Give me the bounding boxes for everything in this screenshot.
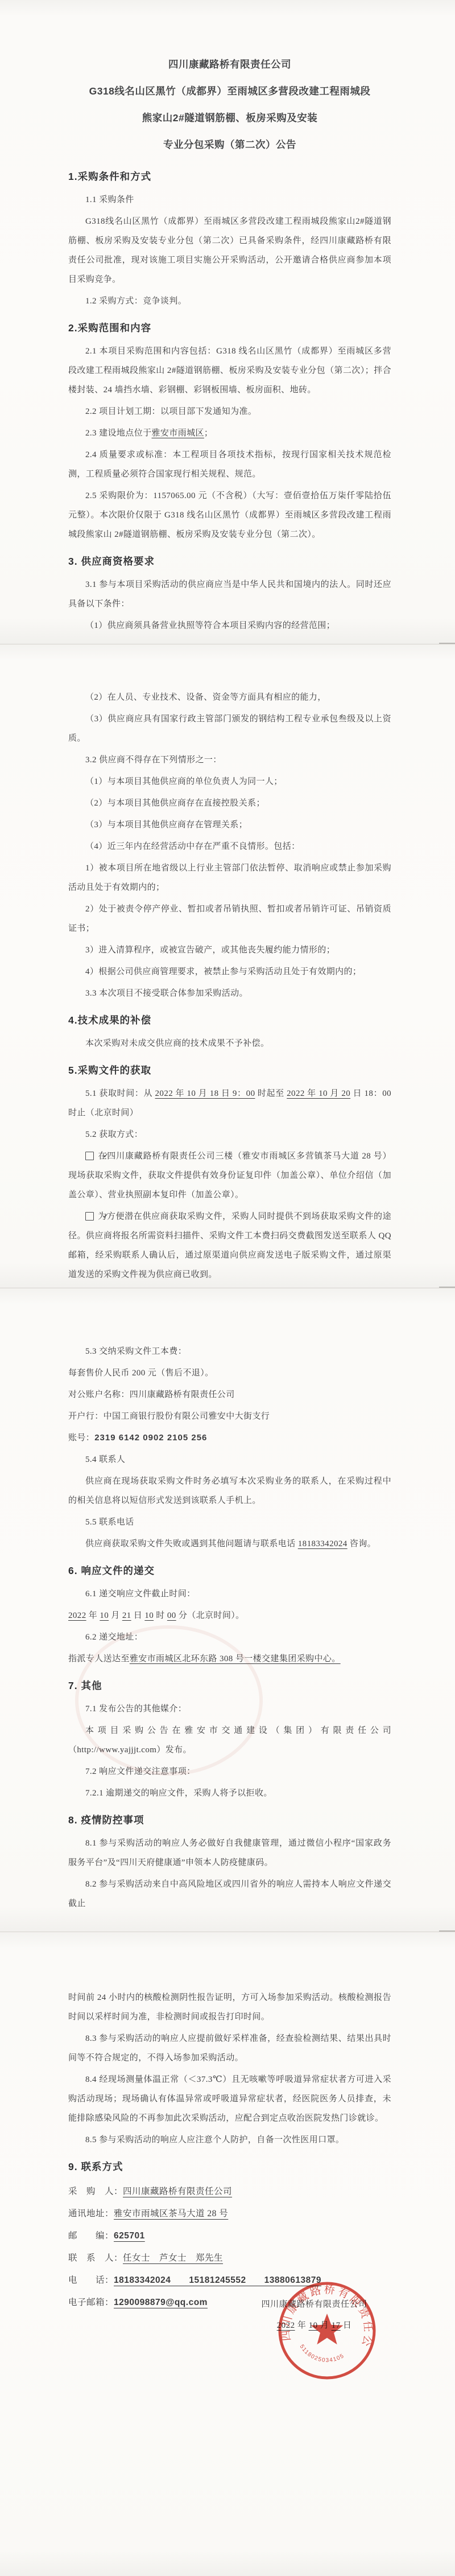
page-4-content: 时间前 24 小时内的核酸检测阴性报告证明，方可入场参加采购活动。核酸检测报告时… xyxy=(0,1932,455,2314)
para-5-4: 5.4 联系人 xyxy=(68,1450,391,1469)
page-3-content: 5.3 交纳采购文件工本费： 每套售价人民币 200 元（售后不退）。 对公账户… xyxy=(0,1288,455,1913)
para-2-5: 2.5 采购限价为：1157065.00 元（不含税）（大写：壹佰壹拾伍万柒仟零… xyxy=(68,486,391,544)
deadline-sep-5: 分（北京时间）。 xyxy=(176,1611,245,1620)
deadline-sep-4: 时 xyxy=(154,1611,167,1620)
checkbox-checked-icon: ✓ xyxy=(85,1212,94,1221)
para-8-1: 8.1 参与采购活动的响应人务必做好自我健康管理，通过微信小程序“国家政务服务平… xyxy=(68,1834,391,1872)
stamp-bleed-through xyxy=(75,1625,263,1776)
account-number-value: 2319 6142 0902 2105 256 xyxy=(94,1433,207,1443)
checkbox-checked-icon: ✓ xyxy=(85,1152,94,1160)
page-3: 5.3 交纳采购文件工本费： 每套售价人民币 200 元（售后不退）。 对公账户… xyxy=(0,1288,455,1932)
deadline-day: 21 xyxy=(122,1611,131,1620)
email-value: 1290098879@qq.com xyxy=(114,2298,208,2307)
para-5-1-start-datetime: 2022 年 10 月 18 日 9：00 xyxy=(155,1089,255,1098)
para-3-2-item-3: （3）与本项目其他供应商存在管理关系； xyxy=(68,815,391,835)
section-heading-3: 3. 供应商资格要求 xyxy=(68,552,391,570)
star-icon xyxy=(311,2314,344,2344)
deadline-year: 2022 xyxy=(68,1611,86,1620)
para-3-2-item-4: （4）近三年内在经营活动中存在严重不良情形。包括： xyxy=(68,837,391,856)
para-8-2-part1: 8.2 参与采购活动来自中高风险地区或四川省外的响应人需持本人响应文件递交截止 xyxy=(68,1875,391,1913)
contact-row-zipcode: 邮 编：625701 xyxy=(68,2225,391,2247)
contact-phone-inline: 18183342024 xyxy=(298,1539,348,1548)
title-block: 四川康藏路桥有限责任公司 G318线名山区黑竹（成都界）至雨城区多营段改建工程雨… xyxy=(68,51,391,158)
para-5-3-bank: 开户行：中国工商银行股份有限公司雅安中大街支行 xyxy=(68,1407,391,1426)
deadline-hour: 10 xyxy=(144,1611,154,1620)
para-5-3-account-name: 对公账户名称：四川康藏路桥有限责任公司 xyxy=(68,1385,391,1404)
section-heading-6: 6. 响应文件的递交 xyxy=(68,1562,391,1580)
page-2: （2）在人员、专业技术、设备、资金等方面具有相应的能力， （3）供应商应具有国家… xyxy=(0,644,455,1288)
para-5-1-end-date: 2022 年 10 月 20 xyxy=(287,1089,350,1098)
para-2-2: 2.2 项目计划工期：以项目部下发通知为准。 xyxy=(68,402,391,421)
para-3-3: 3.3 本次项目不接受联合体参加采购活动。 xyxy=(68,984,391,1003)
para-8-2-part2: 时间前 24 小时内的核酸检测阴性报告证明，方可入场参加采购活动。核酸检测报告时… xyxy=(68,1988,391,2027)
para-5-5-a: 供应商获取采购文件失败或遇到其他问题请与联系电话 xyxy=(85,1539,298,1548)
para-3-2-item-1: （1）与本项目其他供应商的单位负责人为同一人； xyxy=(68,772,391,791)
page-1-content: 四川康藏路桥有限责任公司 G318线名山区黑竹（成都界）至雨城区多营段改建工程雨… xyxy=(0,0,455,635)
para-6-1-deadline: 2022 年 10 月 21 日 10 时 00 分（北京时间）。 xyxy=(68,1606,391,1625)
seal-company-text: 四川康藏路桥有限责任公司 xyxy=(276,2280,375,2349)
para-5-1-b: 时起至 xyxy=(255,1089,287,1098)
page-1: 四川康藏路桥有限责任公司 G318线名山区黑竹（成都界）至雨城区多营段改建工程雨… xyxy=(0,0,455,644)
para-5-3-price: 每套售价人民币 200 元（售后不退）。 xyxy=(68,1363,391,1383)
page-edge-shadow xyxy=(439,1930,455,1932)
contact-row-persons: 联 系 人：任女士 芦女士 郑先生 xyxy=(68,2247,391,2269)
para-5-1: 5.1 获取时间：从 2022 年 10 月 18 日 9：00 时起至 202… xyxy=(68,1084,391,1123)
para-2-1: 2.1 本项目采购范围和内容包括：G318 线名山区黑竹（成都界）至雨城区多营段… xyxy=(68,342,391,400)
para-6-1: 6.1 递交响应文件截止时间： xyxy=(68,1584,391,1604)
para-5-4-body: 供应商在现场获取采购文件时务必填写本次采购业务的联系人，在采购过程中的相关信息将… xyxy=(68,1472,391,1510)
section-heading-9: 9. 联系方式 xyxy=(68,2158,391,2176)
section-heading-4: 4.技术成果的补偿 xyxy=(68,1011,391,1029)
page-edge-shadow xyxy=(439,1287,455,1288)
persons-label: 联 系 人： xyxy=(68,2253,123,2263)
para-8-4: 8.4 经现场测量体温正常（＜37.3℃）且无咳嗽等呼吸道异常症状者方可进入采购… xyxy=(68,2070,391,2128)
para-3-2-sub-2: 2）处于被责令停产停业、暂扣或者吊销执照、暂扣或者吊销许可证、吊销资质证书； xyxy=(68,899,391,938)
page-4: 时间前 24 小时内的核酸检测阴性报告证明，方可入场参加采购活动。核酸检测报告时… xyxy=(0,1932,455,2576)
para-7-2: 7.2 响应文件递交注意事项： xyxy=(68,1762,391,1781)
para-5-5: 5.5 联系电话 xyxy=(68,1513,391,1532)
section-heading-1: 1.采购条件和方式 xyxy=(68,167,391,186)
para-5-3-account-number: 账号：2319 6142 0902 2105 256 xyxy=(68,1428,391,1448)
persons-value: 任女士 芦女士 郑先生 xyxy=(123,2253,223,2263)
para-3-1-item-2: （2）在人员、专业技术、设备、资金等方面具有相应的能力， xyxy=(68,688,391,707)
title-subproject: 熊家山2#隧道钢筋棚、板房采购及安装 xyxy=(68,105,391,132)
deadline-sep-3: 日 xyxy=(131,1611,145,1620)
company-seal: 四川康藏路桥有限责任公司 5118025034105 xyxy=(276,2280,378,2381)
contact-row-address: 通讯地址：雅安市雨城区茶马大道 28 号 xyxy=(68,2203,391,2225)
para-5-3: 5.3 交纳采购文件工本费： xyxy=(68,1342,391,1361)
section-heading-5: 5.采购文件的获取 xyxy=(68,1061,391,1079)
title-company: 四川康藏路桥有限责任公司 xyxy=(68,51,391,78)
para-3-2-sub-4: 4）根据公司供应商管理要求，被禁止参与采购活动且处于有效期内的； xyxy=(68,962,391,981)
para-3-1-item-1: （1）供应商须具备营业执照等符合本项目采购内容的经营范围； xyxy=(68,616,391,635)
para-5-1-a: 5.1 获取时间：从 xyxy=(85,1089,155,1098)
para-5-2: 5.2 获取方式： xyxy=(68,1125,391,1144)
para-3-2-item-2: （2）与本项目其他供应商存在直接控股关系； xyxy=(68,794,391,813)
phones-label: 电 话： xyxy=(68,2275,114,2285)
section-heading-2: 2.采购范围和内容 xyxy=(68,319,391,337)
para-2-3: 2.3 建设地点位于雅安市雨城区； xyxy=(68,424,391,443)
para-7-2-1: 7.2.1 逾期递交的响应文件，采购人将予以拒收。 xyxy=(68,1784,391,1803)
page-edge-shadow xyxy=(439,643,455,644)
title-project: G318线名山区黑竹（成都界）至雨城区多营段改建工程雨城段 xyxy=(68,78,391,105)
para-2-3-label: 2.3 建设地点位于 xyxy=(85,429,152,438)
para-5-2-option-2: ✓为方便潜在供应商获取采购文件，采购人同时提供不到场获取采购文件的途径。供应商将… xyxy=(68,1207,391,1284)
para-2-3-location: 雅安市雨城区 xyxy=(152,429,204,438)
para-4: 本次采购对未成交供应商的技术成果不予补偿。 xyxy=(68,1034,391,1053)
para-3-2-sub-3: 3）进入清算程序，或被宣告破产，或其他丧失履约能力情形的； xyxy=(68,940,391,960)
scanned-procurement-announcement: 四川康藏路桥有限责任公司 G318线名山区黑竹（成都界）至雨城区多营段改建工程雨… xyxy=(0,0,455,2576)
para-5-2-option-2-text: 为方便潜在供应商获取采购文件，采购人同时提供不到场获取采购文件的途径。供应商将报… xyxy=(68,1212,391,1279)
para-8-3: 8.3 参与采购活动的响应人应提前做好采样准备，经查验检测结果、结果出具时间等不… xyxy=(68,2029,391,2068)
para-1-1-body: G318线名山区黑竹（成都界）至雨城区多营段改建工程雨城段熊家山2#隧道钢筋棚、… xyxy=(68,212,391,289)
para-2-3-end: ； xyxy=(204,429,213,438)
deadline-sep-2: 月 xyxy=(109,1611,122,1620)
contact-row-purchaser: 采 购 人：四川康藏路桥有限责任公司 xyxy=(68,2180,391,2203)
para-3-2: 3.2 供应商不得存在下列情形之一： xyxy=(68,750,391,770)
para-3-2-sub-1: 1）被本项目所在地省级以上行业主管部门依法暂停、取消响应或禁止参加采购活动且处于… xyxy=(68,858,391,897)
email-label: 电子邮箱： xyxy=(68,2298,114,2307)
title-announcement: 专业分包采购（第二次）公告 xyxy=(68,132,391,158)
para-1-2: 1.2 采购方式：竞争谈判。 xyxy=(68,291,391,311)
para-8-5: 8.5 参与采购活动的响应人应注意个人防护，自备一次性医用口罩。 xyxy=(68,2130,391,2150)
seal-serial-number: 5118025034105 xyxy=(298,2344,345,2364)
page-2-content: （2）在人员、专业技术、设备、资金等方面具有相应的能力， （3）供应商应具有国家… xyxy=(0,644,455,1284)
zipcode-label: 邮 编： xyxy=(68,2231,114,2241)
para-3-1: 3.1 参与本项目采购活动的供应商应当是中华人民共和国境内的法人。同时还应具备以… xyxy=(68,575,391,614)
para-5-5-body: 供应商获取采购文件失败或遇到其他问题请与联系电话 18183342024 咨询。 xyxy=(68,1534,391,1554)
para-3-1-item-3: （3）供应商应具有国家行政主管部门颁发的钢结构工程专业承包叁级及以上资质。 xyxy=(68,709,391,748)
deadline-minute: 00 xyxy=(167,1611,176,1620)
purchaser-label: 采 购 人： xyxy=(68,2187,123,2196)
para-5-2-option-1: ✓在四川康藏路桥有限责任公司三楼（雅安市雨城区多营镇茶马大道 28 号）现场获取… xyxy=(68,1147,391,1205)
deadline-sep-1: 年 xyxy=(86,1611,100,1620)
address-label: 通讯地址： xyxy=(68,2209,114,2218)
zipcode-value: 625701 xyxy=(114,2231,145,2241)
para-1-1: 1.1 采购条件 xyxy=(68,190,391,209)
address-value: 雅安市雨城区茶马大道 28 号 xyxy=(114,2209,228,2218)
deadline-month: 10 xyxy=(100,1611,109,1620)
purchaser-value: 四川康藏路桥有限责任公司 xyxy=(123,2187,232,2196)
para-5-5-b: 咨询。 xyxy=(348,1539,376,1548)
para-2-4: 2.4 质量要求或标准：本工程项目各项技术指标，按现行国家相关技术规范检测，工程… xyxy=(68,445,391,484)
section-heading-8: 8. 疫情防控事项 xyxy=(68,1811,391,1829)
para-5-2-option-1-text: 在四川康藏路桥有限责任公司三楼（雅安市雨城区多营镇茶马大道 28 号）现场获取采… xyxy=(68,1152,391,1199)
account-number-label: 账号： xyxy=(68,1433,94,1443)
